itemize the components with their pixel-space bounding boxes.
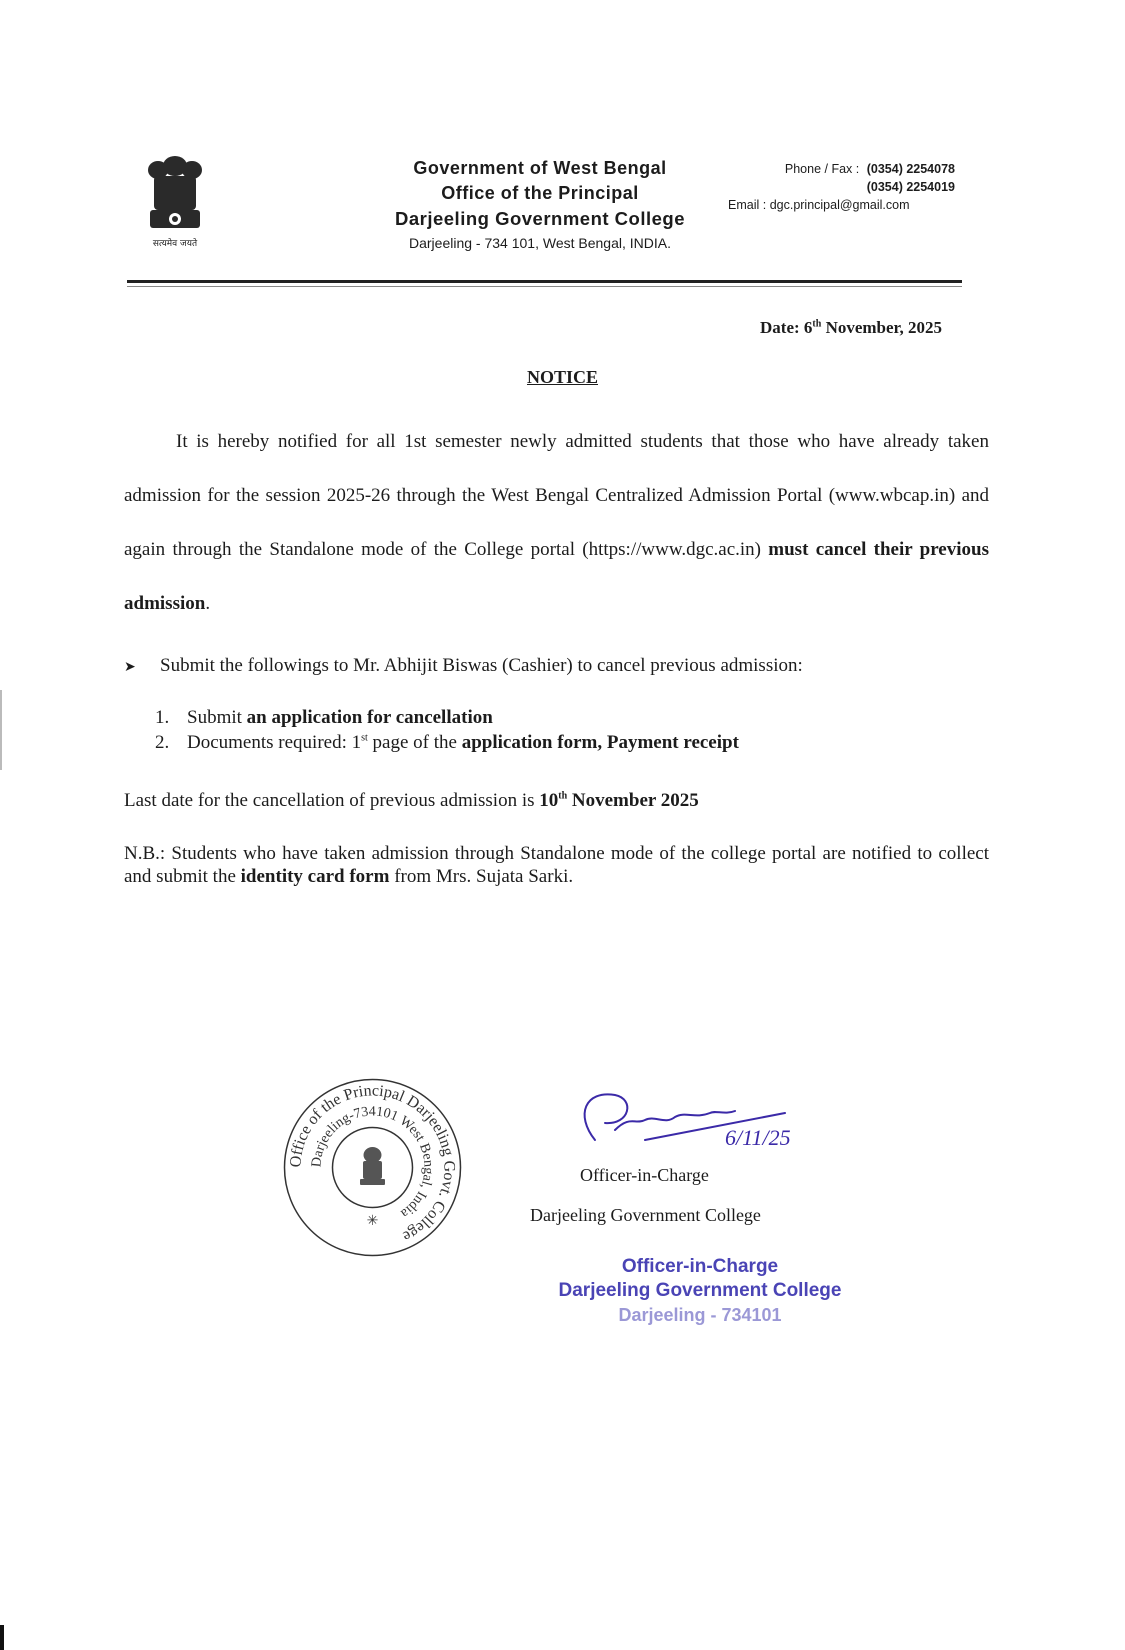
emblem-motto: सत्यमेव जयते: [134, 236, 216, 249]
list-number: 2.: [155, 730, 187, 755]
nb-note: N.B.: Students who have taken admission …: [124, 842, 989, 888]
email-address: dgc.principal@gmail.com: [770, 198, 910, 212]
notice-body-paragraph: It is hereby notified for all 1st semest…: [124, 415, 989, 631]
list-text-2: page of the: [368, 732, 462, 753]
last-date-text: Last date for the cancellation of previo…: [124, 790, 539, 811]
para-end: .: [205, 593, 210, 614]
nb-text-end: from Mrs. Sujata Sarki.: [389, 866, 573, 887]
date-day-suffix: th: [812, 318, 821, 329]
phone-label: Phone / Fax :: [785, 162, 859, 176]
email-label: Email :: [728, 198, 766, 212]
phone-2: (0354) 2254019: [867, 180, 955, 194]
last-date-rest: November 2025: [567, 790, 699, 811]
list-bold-text: application form, Payment receipt: [462, 732, 739, 753]
ashoka-emblem-icon: सत्यमेव जयते: [140, 148, 210, 258]
nb-bold-text: identity card form: [241, 866, 390, 887]
officer-stamp: Officer-in-Charge Darjeeling Government …: [530, 1255, 870, 1327]
letterhead-line2: Office of the Principal: [360, 181, 720, 206]
letterhead-address: Darjeeling - 734 101, West Bengal, INDIA…: [360, 231, 720, 255]
scan-smudge: [0, 690, 2, 770]
list-item: 2.Documents required: 1st page of the ap…: [155, 730, 739, 755]
list-number: 1.: [155, 705, 187, 730]
phone-row: Phone / Fax : (0354) 2254078: [720, 160, 955, 178]
stamp-line3: Darjeeling - 734101: [530, 1303, 870, 1327]
handwritten-signature: 6/11/25: [575, 1085, 805, 1155]
list-text: Documents required: 1: [187, 732, 361, 753]
phone-row-2: (0354) 2254019: [720, 178, 955, 196]
office-seal: Office of the Principal Darjeeling Govt.…: [280, 1075, 465, 1260]
phone-1: (0354) 2254078: [867, 162, 955, 176]
last-date-suffix: th: [558, 791, 567, 802]
notice-date: Date: 6th November, 2025: [760, 318, 942, 338]
instruction-bullet: ➤Submit the followings to Mr. Abhijit Bi…: [124, 655, 1004, 677]
svg-text:✳: ✳: [367, 1214, 379, 1229]
letterhead-contact: Phone / Fax : (0354) 2254078 (0354) 2254…: [720, 160, 955, 214]
bullet-text: Submit the followings to Mr. Abhijit Bis…: [160, 655, 803, 676]
list-bold-text: an application for cancellation: [247, 707, 493, 728]
email-row: Email : dgc.principal@gmail.com: [728, 196, 955, 214]
list-sup: st: [361, 733, 368, 744]
date-label: Date:: [760, 318, 800, 337]
signatory-college: Darjeeling Government College: [530, 1205, 761, 1226]
arrow-bullet-icon: ➤: [124, 659, 160, 676]
stamp-line2: Darjeeling Government College: [530, 1279, 870, 1303]
signatory-title: Officer-in-Charge: [580, 1165, 709, 1186]
list-text: Submit: [187, 707, 247, 728]
last-date-day: 10: [539, 790, 558, 811]
scan-edge-mark: [0, 1625, 4, 1650]
requirements-list: 1.Submit an application for cancellation…: [155, 705, 739, 755]
notice-title: NOTICE: [0, 367, 1125, 388]
letterhead-college-name: Darjeeling Government College: [360, 206, 720, 231]
list-item: 1.Submit an application for cancellation: [155, 705, 739, 730]
letterhead-line1: Government of West Bengal: [360, 156, 720, 181]
last-date-line: Last date for the cancellation of previo…: [124, 790, 699, 812]
date-rest: November, 2025: [826, 318, 942, 337]
letterhead-divider-thin: [127, 286, 962, 287]
signature-date: 6/11/25: [725, 1125, 791, 1150]
letterhead-center: Government of West Bengal Office of the …: [360, 156, 720, 255]
letterhead-divider: [127, 280, 962, 283]
stamp-line1: Officer-in-Charge: [530, 1255, 870, 1279]
